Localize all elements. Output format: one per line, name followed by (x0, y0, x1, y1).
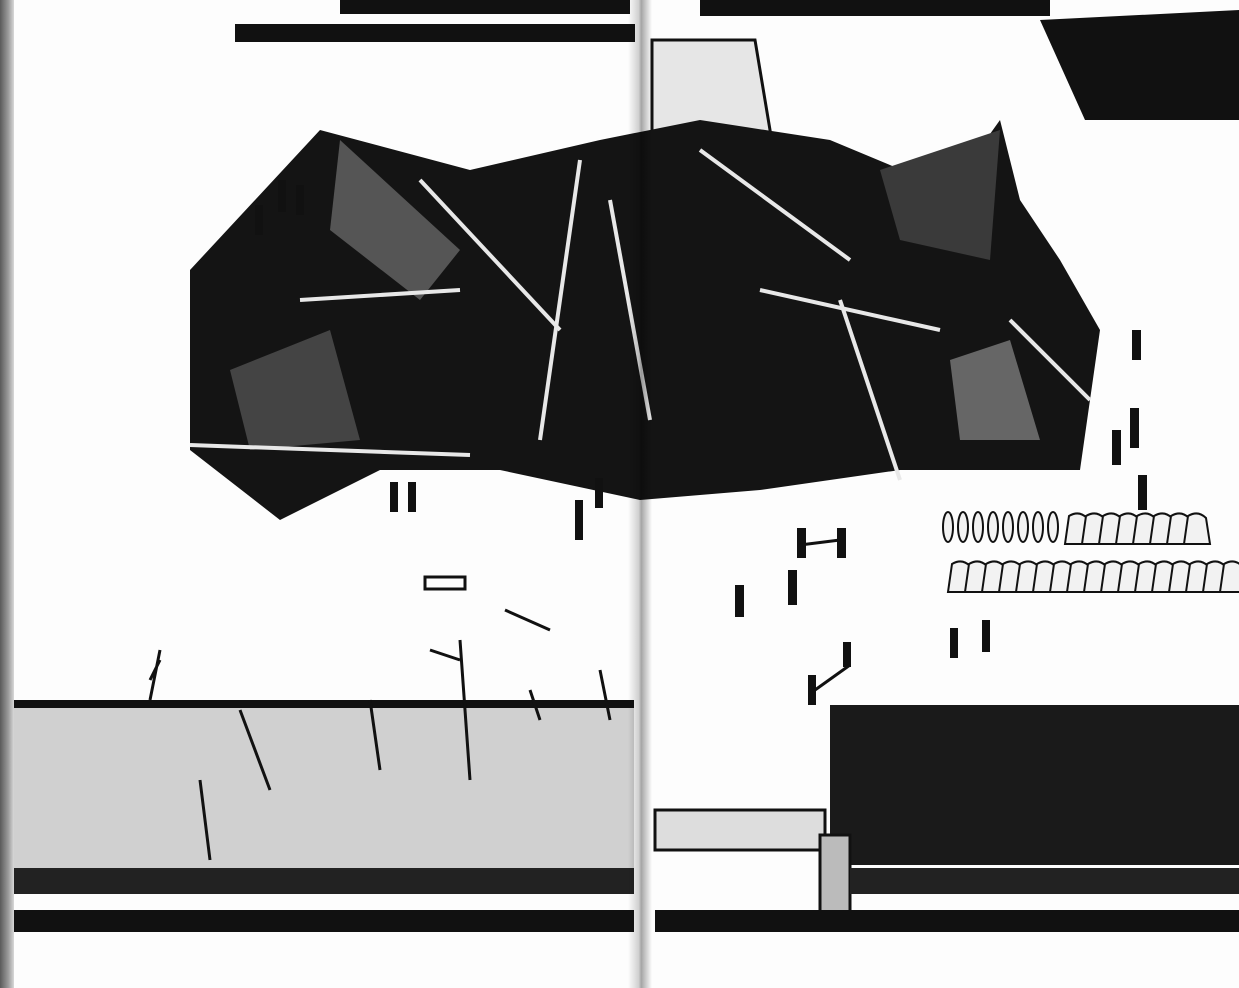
lower-right-yard (655, 705, 1239, 932)
binding-edge (0, 0, 14, 988)
top-wall-left (235, 0, 635, 42)
covered-bodies: /* placeholder */ (943, 512, 1239, 592)
illustration: /* placeholder */ (0, 0, 1239, 988)
top-right-structures (700, 0, 1239, 120)
page-gutter (628, 0, 652, 988)
manga-spread: /* placeholder */ (0, 0, 1239, 988)
lower-left-yard (14, 700, 634, 932)
